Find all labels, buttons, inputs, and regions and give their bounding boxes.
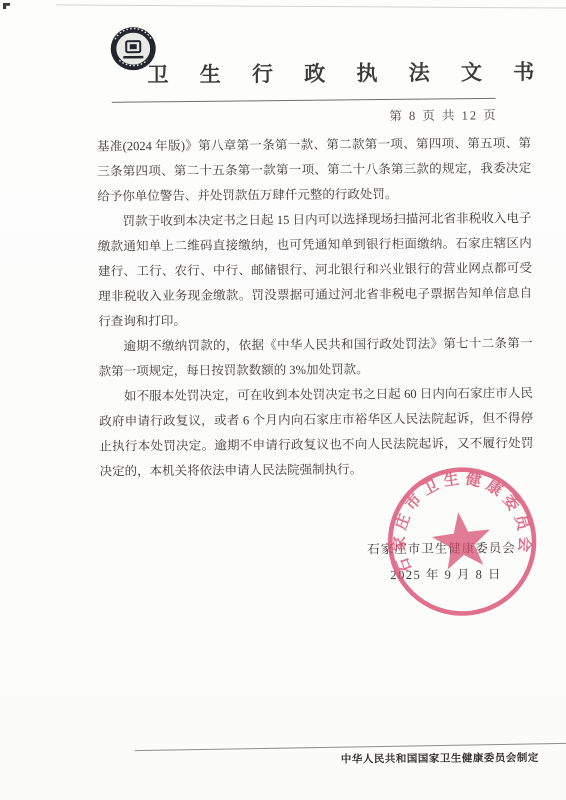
footer-issuer: 中华人民共和国国家卫生健康委员会制定 — [341, 750, 539, 767]
page-indicator: 第 8 页 共 12 页 — [358, 105, 498, 124]
issue-date: 2025 年 9 月 8 日 — [390, 564, 502, 583]
page-title: 卫 生 行 政 执 法 文 书 — [147, 56, 487, 89]
document-body: 基准(2024 年版)》第八章第一条第一款、第二款第一项、第四项、第五项、第三条… — [97, 131, 534, 484]
issuing-organization: 石家庄市卫生健康委员会 — [367, 538, 516, 557]
paragraph-late-penalty: 逾期不缴纳罚款的，依据《中华人民共和国行政处罚法》第七十二条第一款第一项规定，每… — [98, 331, 532, 384]
paragraph-payment-instructions: 罚款于收到本决定书之日起 15 日内可以选择现场扫描河北省非税收入电子缴款通知单… — [97, 206, 532, 334]
document-content: 卫 生 行 政 执 法 文 书 第 8 页 共 12 页 基准(2024 年版)… — [0, 0, 566, 800]
scanned-document-page: 卫 生 行 政 执 法 文 书 第 8 页 共 12 页 基准(2024 年版)… — [0, 0, 566, 800]
paragraph-appeal-rights: 如不服本处罚决定，可在收到本处罚决定书之日起 60 日内向石家庄市人民政府申请行… — [99, 381, 534, 484]
title-divider — [112, 98, 496, 103]
paragraph-continuation: 基准(2024 年版)》第八章第一条第一款、第二款第一项、第四项、第五项、第三条… — [97, 131, 532, 209]
